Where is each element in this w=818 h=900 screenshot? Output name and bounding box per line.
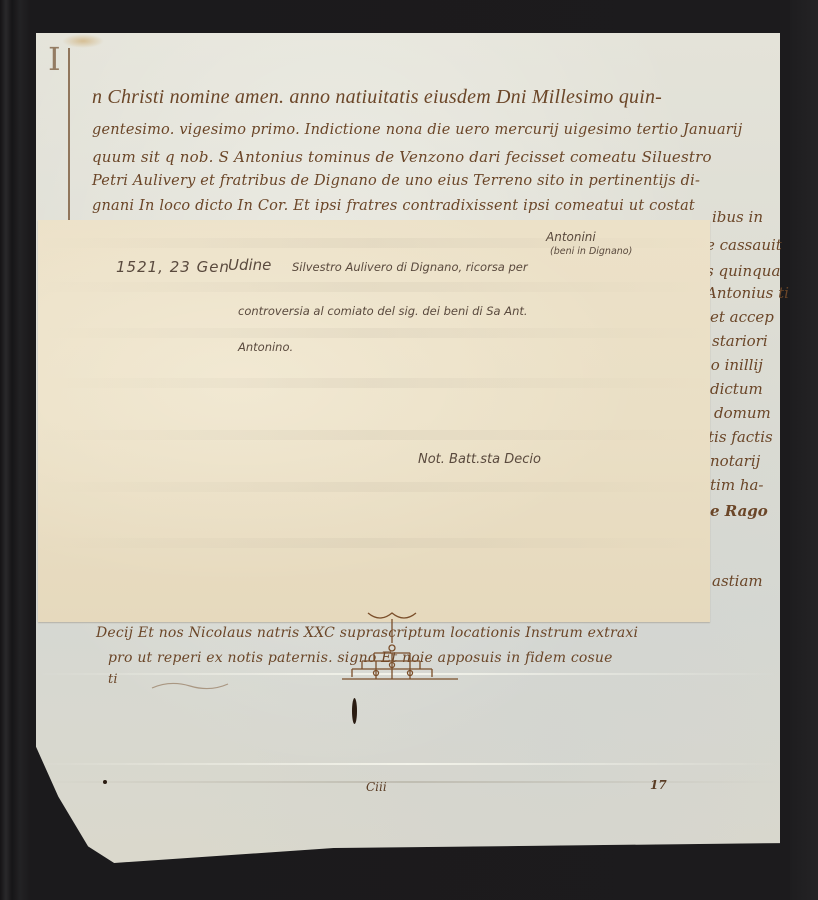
margin-fragment: stariori bbox=[712, 332, 768, 350]
fold-crease bbox=[36, 781, 780, 783]
manuscript-line: quum sit q nob. S Antonius tominus de Ve… bbox=[92, 148, 712, 166]
label-date: 1521, 23 Gen bbox=[116, 258, 230, 276]
manuscript-line: gentesimo. vigesimo primo. Indictione no… bbox=[92, 122, 742, 138]
notarial-sign-icon bbox=[340, 605, 470, 695]
label-signature: Not. Batt.sta Decio bbox=[418, 452, 541, 467]
label-line: Silvestro Aulivero di Dignano, ricorsa p… bbox=[292, 260, 528, 274]
margin-fragment: ibus in bbox=[712, 208, 763, 226]
margin-rule bbox=[68, 48, 70, 223]
fold-crease bbox=[36, 763, 780, 765]
margin-fragment: e Rago bbox=[710, 502, 768, 520]
stain-mark bbox=[62, 34, 104, 48]
margin-fragment: astiam bbox=[712, 572, 763, 590]
manuscript-line: ti bbox=[108, 672, 118, 687]
margin-fragment: domum bbox=[714, 404, 771, 422]
margin-fragment: io inillij bbox=[706, 356, 763, 374]
margin-fragment: s quinqua bbox=[706, 262, 780, 280]
archival-label: 1521, 23 Gen Udine Silvestro Aulivero di… bbox=[38, 220, 710, 622]
scrawl-mark-icon bbox=[150, 676, 230, 696]
margin-fragment: tis factis bbox=[708, 428, 773, 446]
margin-fragment: notarij bbox=[710, 452, 760, 470]
initial-letter: I bbox=[48, 40, 61, 78]
scan-background: I n Christi nomine amen. anno natiuitati… bbox=[0, 0, 818, 900]
ink-dot bbox=[103, 780, 107, 784]
scanner-border bbox=[790, 0, 818, 900]
label-annotation: Antonini bbox=[546, 230, 596, 244]
label-line: Antonino. bbox=[238, 340, 293, 354]
margin-fragment: dictum bbox=[710, 380, 763, 398]
label-place: Udine bbox=[228, 256, 271, 274]
bottom-mark: 17 bbox=[650, 778, 667, 792]
bottom-mark: Ciii bbox=[366, 780, 387, 794]
parchment-hole bbox=[352, 698, 357, 724]
manuscript-line: gnani In loco dicto In Cor. Et ipsi frat… bbox=[92, 198, 695, 214]
label-annotation-sub: (beni in Dignano) bbox=[550, 246, 632, 257]
margin-fragment: e cassauit bbox=[706, 236, 782, 254]
margin-fragment: Antonius ti bbox=[706, 284, 789, 302]
label-line: controversia al comiato del sig. dei ben… bbox=[238, 304, 528, 318]
manuscript-line: Petri Aulivery et fratribus de Dignano d… bbox=[92, 173, 700, 189]
margin-fragment: et accep bbox=[710, 308, 774, 326]
margin-fragment: tim ha- bbox=[710, 476, 764, 494]
manuscript-line: n Christi nomine amen. anno natiuitatis … bbox=[92, 86, 662, 109]
